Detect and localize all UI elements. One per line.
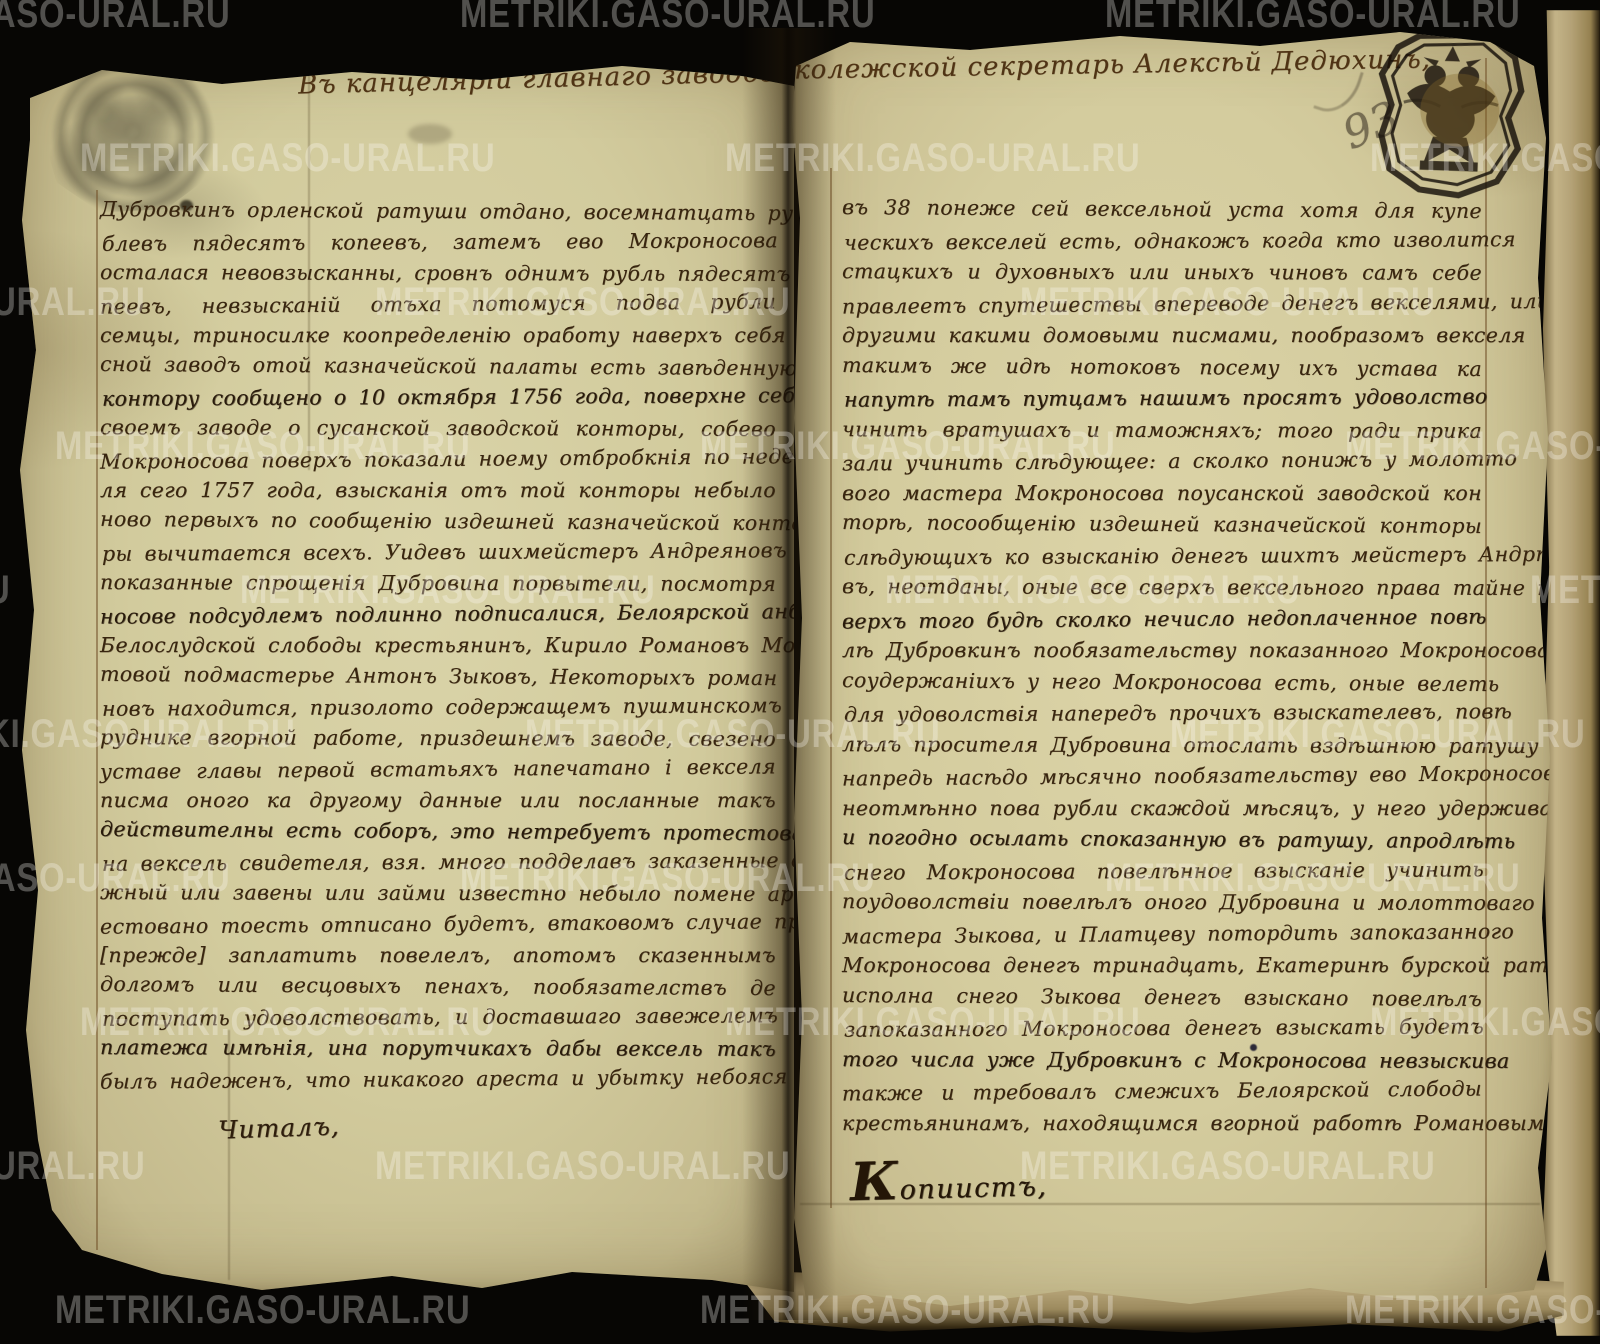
manuscript-line: жный или завены или займи известно небыл… <box>100 877 776 910</box>
manuscript-line: также и требовалъ смежихъ Белоярской сло… <box>842 1073 1482 1110</box>
manuscript-line: напредь насѣдо мѣсячно пообязательству е… <box>842 758 1482 795</box>
manuscript-line: семцы, триносилке коопределенію оработу … <box>100 320 776 351</box>
watermark-tile: METRIKI.GASO-URAL.RU <box>55 1288 470 1333</box>
manuscript-line: Дубровкинъ орленской ратуши отдано, восе… <box>100 194 776 229</box>
left-page: Въ канцеляріи главнаго заводовъ правлені… <box>12 50 794 1292</box>
imperial-double-eagle-stamp-icon <box>1373 27 1531 204</box>
manuscript-line: руднике вгорной работе, приздешнемъ заво… <box>100 722 776 755</box>
manuscript-line: действителны есть соборъ, это нетребуетъ… <box>100 814 776 849</box>
manuscript-line: того числа уже Дубровкинъ с Мокроносова … <box>842 1044 1482 1077</box>
manuscript-line: крестьянинамъ, находящимся вгорной работ… <box>842 1108 1482 1140</box>
manuscript-line: зали учинить слѣдующее: а сколко понижъ … <box>842 443 1482 480</box>
manuscript-line: напутѣ тамъ путцамъ нашимъ просятъ удово… <box>844 381 1484 416</box>
manuscript-line: [прежде] заплатить повелелъ, апотомъ ска… <box>100 940 776 971</box>
manuscript-line: верхъ того будѣ сколко нечисло недоплаче… <box>842 601 1482 638</box>
manuscript-line: контору сообщено о 10 октября 1756 года,… <box>102 380 778 415</box>
smudge-stain <box>408 124 452 144</box>
manuscript-line: поступать удоволствовать, и доставшаго з… <box>102 1000 778 1035</box>
manuscript-line: такимъ же идѣ нотоковъ посему ихъ устава… <box>842 350 1482 385</box>
copyist-signature: Копиистъ, <box>849 1141 1482 1210</box>
manuscript-line: товой подмастерье Антонъ Зыковъ, Некотор… <box>100 659 776 694</box>
manuscript-line: торѣ, посообщенію издешней казначейской … <box>842 507 1482 542</box>
closing-word: Читалъ, <box>217 1091 776 1150</box>
manuscript-line: новъ находится, призолото содержащемъ пу… <box>102 690 778 725</box>
manuscript-line: Мокроносова денегъ тринадцать, Екатеринѣ… <box>842 950 1482 982</box>
manuscript-line: неотмѣнно пова рубли скаждой мѣсяцъ, у н… <box>842 793 1482 825</box>
manuscript-line: писма оного ка другому данные или послан… <box>100 785 776 816</box>
manuscript-line: своемъ заводе о сусанской заводской конт… <box>100 412 776 445</box>
manuscript-line: исполна снего Зыкова денегъ взыскано пов… <box>842 980 1482 1015</box>
book-spread: Въ канцеляріи главнаго заводовъ правлені… <box>0 0 1600 1344</box>
manuscript-line: соудержаніихъ у него Мокроносова есть, о… <box>842 665 1482 700</box>
manuscript-line: Мокроносова поверхъ показали ноему отбро… <box>100 441 776 477</box>
manuscript-line: пеевъ, невзысканій отъха потомуся подва … <box>100 286 776 322</box>
manuscript-line: мастера Зыкова, и Платцеву потордить зап… <box>842 916 1482 953</box>
manuscript-line: запоказанного Мокроносова денегъ взыскат… <box>844 1011 1484 1046</box>
manuscript-line: для удоволствія напередъ прочихъ взыскат… <box>844 696 1484 731</box>
manuscript-line: блевъ пядесятъ копеевъ, затемъ ево Мокро… <box>102 225 778 260</box>
manuscript-line: былъ надеженъ, что никакого ареста и убы… <box>100 1061 776 1097</box>
manuscript-line: въ, неотданы, оные все сверхъ вексельног… <box>842 571 1482 604</box>
left-margin-rule <box>830 168 832 1208</box>
manuscript-line: ческихъ векселей есть, однакожъ когда кт… <box>844 224 1484 259</box>
manuscript-line: правлеетъ спутешествы впереводе денегъ в… <box>842 286 1482 323</box>
manuscript-line: ля сего 1757 года, взысканія отъ той кон… <box>100 475 776 506</box>
manuscript-line: ры вычитается всехъ. Уидевъ шихмейстеръ … <box>102 535 778 570</box>
right-page: колежской секретарь Алексѣй Дедюхинъ, 93 <box>790 18 1556 1320</box>
under-pages-right-edge <box>1538 10 1600 1336</box>
manuscript-line: стацкихъ и духовныхъ или иныхъ чиновъ са… <box>842 256 1482 289</box>
manuscript-text-left: Дубровкинъ орленской ратуши отдано, восе… <box>100 196 776 1141</box>
manuscript-line: на вексель свидетеля, взя. много поддела… <box>102 845 778 880</box>
manuscript-line: осталася невовзысканны, сровнъ однимъ ру… <box>100 257 776 290</box>
manuscript-line: другими какими домовыми писмами, пообраз… <box>842 320 1482 352</box>
faded-ink-stamp-icon <box>42 56 224 214</box>
manuscript-text-right: въ 38 понеже сей вексельной уста хотя дл… <box>842 194 1482 1201</box>
manuscript-line: уставе главы первой встатьяхъ напечатано… <box>100 751 776 787</box>
manuscript-line: снего Мокроносова повелѣнное взысканіе у… <box>844 854 1484 889</box>
manuscript-line: естовано тоесть отписано будетъ, втаково… <box>100 906 776 942</box>
manuscript-line: чинить вратушахъ и таможняхъ; того ради … <box>842 414 1482 447</box>
manuscript-line: слѣдующихъ ко взысканію денегъ шихтъ мей… <box>844 539 1484 574</box>
left-margin-rule <box>96 190 98 1250</box>
manuscript-line: вого мастера Мокроносова поусанской заво… <box>842 478 1482 510</box>
watermark-tile: METRIKI.GASO-URAL.RU <box>0 568 10 613</box>
manuscript-line: Белослудской слободы крестьянинъ, Кирило… <box>100 630 776 661</box>
manuscript-line: носове подсудлемъ подлинно подписалися, … <box>100 596 776 632</box>
manuscript-line: лѣлъ просителя Дубровина отослать вздѣшн… <box>842 729 1482 762</box>
manuscript-line: и погодно осылать споказанную въ ратушу,… <box>842 822 1482 857</box>
manuscript-line: лѣ Дубровкинъ пообязательству показанног… <box>842 635 1482 667</box>
watermark-tile: METRIKI.GASO-URAL.RU <box>1105 0 1520 37</box>
manuscript-line: сной заводъ отой казначейской палаты ест… <box>100 349 776 384</box>
manuscript-line: поудоволствіи повелѣлъ оного Дубровина и… <box>842 886 1482 919</box>
watermark-tile: METRIKI.GASO-URAL.RU <box>0 0 230 37</box>
manuscript-line: въ 38 понеже сей вексельной уста хотя дл… <box>842 192 1482 227</box>
manuscript-line: долгомъ или весцовыхъ пенахъ, пообязател… <box>100 969 776 1004</box>
manuscript-line: показанные спрощенія Дубровина порвытели… <box>100 567 776 600</box>
manuscript-line: платежа имѣнія, ина порутчикахъ дабы век… <box>100 1032 776 1065</box>
manuscript-line: ново первыхъ по сообщенію издешней казна… <box>100 504 776 539</box>
watermark-tile: METRIKI.GASO-URAL.RU <box>460 0 875 37</box>
